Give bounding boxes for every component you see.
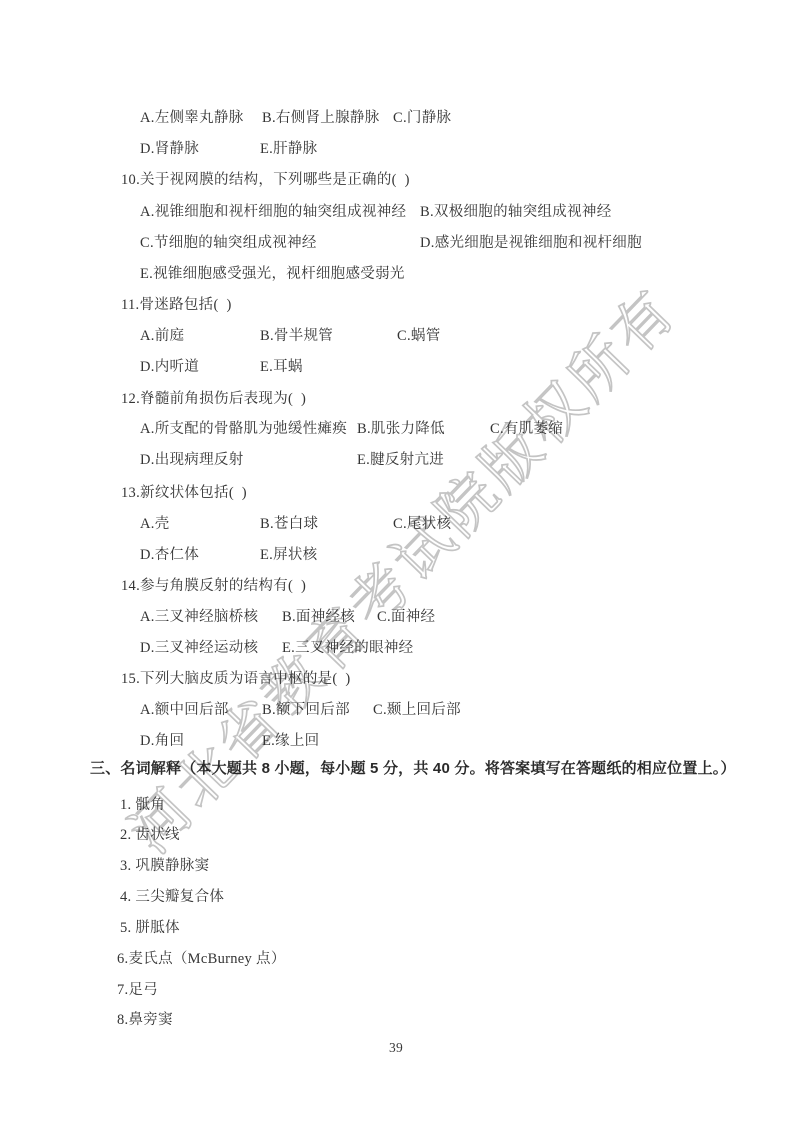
q14-option-e: E.三叉神经的眼神经	[282, 636, 413, 657]
q13-stem-row: 13.新纹状体包括( )	[0, 481, 794, 503]
q14-option-c: C.面神经	[377, 605, 435, 626]
q10-stem: 10.关于视网膜的结构，下列哪些是正确的( )	[121, 168, 410, 189]
section3-item-row: 4. 三尖瓣复合体	[0, 885, 794, 907]
q10-options-row3: E.视锥细胞感受强光，视杆细胞感受弱光	[0, 262, 794, 284]
q10-options-row1: A.视锥细胞和视杆细胞的轴突组成视神经 B.双极细胞的轴突组成视神经	[0, 200, 794, 222]
q11-stem: 11.骨迷路包括( )	[121, 293, 232, 314]
section3-item-row: 3. 巩膜静脉窦	[0, 854, 794, 876]
q13-option-a: A.壳	[140, 512, 170, 533]
q15-option-b: B.额下回后部	[262, 698, 350, 719]
term-item-4: 4. 三尖瓣复合体	[120, 885, 224, 906]
q12-option-a: A.所支配的骨骼肌为弛缓性瘫痪	[140, 417, 347, 438]
q14-options-row2: D.三叉神经运动核 E.三叉神经的眼神经	[0, 636, 794, 658]
q10-option-c: C.节细胞的轴突组成视神经	[140, 231, 317, 252]
q15-option-c: C.颞上回后部	[373, 698, 461, 719]
q10-options-row2: C.节细胞的轴突组成视神经 D.感光细胞是视锥细胞和视杆细胞	[0, 231, 794, 253]
q13-option-b: B.苍白球	[260, 512, 318, 533]
term-item-5: 5. 胼胝体	[120, 916, 180, 937]
q11-options-row1: A.前庭 B.骨半规管 C.蜗管	[0, 324, 794, 346]
q12-option-e: E.腱反射亢进	[357, 448, 444, 469]
q11-stem-row: 11.骨迷路包括( )	[0, 293, 794, 315]
q9-options-row1: A.左侧睾丸静脉 B.右侧肾上腺静脉 C.门静脉	[0, 106, 794, 128]
section3-item-row: 6.麦氏点（McBurney 点）	[0, 947, 794, 969]
q12-stem: 12.脊髓前角损伤后表现为( )	[121, 387, 306, 408]
q12-option-c: C.有肌萎缩	[490, 417, 563, 438]
q11-option-a: A.前庭	[140, 324, 184, 345]
q9-option-b: B.右侧肾上腺静脉	[262, 106, 380, 127]
q9-option-c: C.门静脉	[393, 106, 451, 127]
q9-option-e: E.肝静脉	[260, 137, 317, 158]
q15-option-e: E.缘上回	[262, 729, 319, 750]
q12-options-row2: D.出现病理反射 E.腱反射亢进	[0, 448, 794, 470]
section3-item-row: 2. 齿状线	[0, 823, 794, 845]
q9-option-a: A.左侧睾丸静脉	[140, 106, 244, 127]
q13-stem: 13.新纹状体包括( )	[121, 481, 247, 502]
q13-option-d: D.杏仁体	[140, 543, 199, 564]
q10-option-d: D.感光细胞是视锥细胞和视杆细胞	[420, 231, 642, 252]
q11-option-e: E.耳蜗	[260, 355, 303, 376]
section3-item-row: 1. 骶角	[0, 793, 794, 815]
q12-stem-row: 12.脊髓前角损伤后表现为( )	[0, 387, 794, 409]
q14-option-a: A.三叉神经脑桥核	[140, 605, 258, 626]
term-item-8: 8.鼻旁窦	[117, 1008, 173, 1029]
q12-option-b: B.肌张力降低	[357, 417, 445, 438]
q15-stem: 15.下列大脑皮质为语言中枢的是( )	[121, 667, 351, 688]
q14-options-row1: A.三叉神经脑桥核 B.面神经核 C.面神经	[0, 605, 794, 627]
q10-option-e: E.视锥细胞感受强光，视杆细胞感受弱光	[140, 262, 405, 283]
q12-options-row1: A.所支配的骨骼肌为弛缓性瘫痪 B.肌张力降低 C.有肌萎缩	[0, 417, 794, 439]
q15-options-row2: D.角回 E.缘上回	[0, 729, 794, 751]
q15-options-row1: A.额中回后部 B.额下回后部 C.颞上回后部	[0, 698, 794, 720]
q11-option-d: D.内听道	[140, 355, 199, 376]
q9-option-d: D.肾静脉	[140, 137, 199, 158]
section3-item-row: 8.鼻旁窦	[0, 1008, 794, 1030]
section3-heading: 三、名词解释（本大题共 8 小题，每小题 5 分，共 40 分。将答案填写在答题…	[90, 757, 736, 778]
q14-option-d: D.三叉神经运动核	[140, 636, 258, 657]
term-item-2: 2. 齿状线	[120, 823, 180, 844]
q13-options-row2: D.杏仁体 E.屏状核	[0, 543, 794, 565]
exam-page: 河北省教育考试院版权所有 A.左侧睾丸静脉 B.右侧肾上腺静脉 C.门静脉 D.…	[0, 0, 794, 1123]
q15-option-d: D.角回	[140, 729, 184, 750]
term-item-7: 7.足弓	[117, 978, 158, 999]
q11-option-c: C.蜗管	[397, 324, 441, 345]
section3-heading-row: 三、名词解释（本大题共 8 小题，每小题 5 分，共 40 分。将答案填写在答题…	[0, 757, 794, 779]
q13-option-c: C.尾状核	[393, 512, 451, 533]
q10-option-b: B.双极细胞的轴突组成视神经	[420, 200, 612, 221]
term-item-3: 3. 巩膜静脉窦	[120, 854, 209, 875]
q14-stem-row: 14.参与角膜反射的结构有( )	[0, 574, 794, 596]
footer-row: 39	[0, 1040, 794, 1062]
page-content: A.左侧睾丸静脉 B.右侧肾上腺静脉 C.门静脉 D.肾静脉 E.肝静脉 10.…	[0, 0, 794, 1123]
q10-stem-row: 10.关于视网膜的结构，下列哪些是正确的( )	[0, 168, 794, 190]
q14-stem: 14.参与角膜反射的结构有( )	[121, 574, 306, 595]
q14-option-b: B.面神经核	[282, 605, 355, 626]
q11-options-row2: D.内听道 E.耳蜗	[0, 355, 794, 377]
q15-option-a: A.额中回后部	[140, 698, 229, 719]
q13-options-row1: A.壳 B.苍白球 C.尾状核	[0, 512, 794, 534]
q9-options-row2: D.肾静脉 E.肝静脉	[0, 137, 794, 159]
q15-stem-row: 15.下列大脑皮质为语言中枢的是( )	[0, 667, 794, 689]
q13-option-e: E.屏状核	[260, 543, 317, 564]
q10-option-a: A.视锥细胞和视杆细胞的轴突组成视神经	[140, 200, 406, 221]
q12-option-d: D.出现病理反射	[140, 448, 244, 469]
section3-item-row: 7.足弓	[0, 978, 794, 1000]
q11-option-b: B.骨半规管	[260, 324, 333, 345]
page-number: 39	[389, 1040, 403, 1056]
term-item-1: 1. 骶角	[120, 793, 165, 814]
section3-item-row: 5. 胼胝体	[0, 916, 794, 938]
term-item-6: 6.麦氏点（McBurney 点）	[117, 947, 286, 968]
